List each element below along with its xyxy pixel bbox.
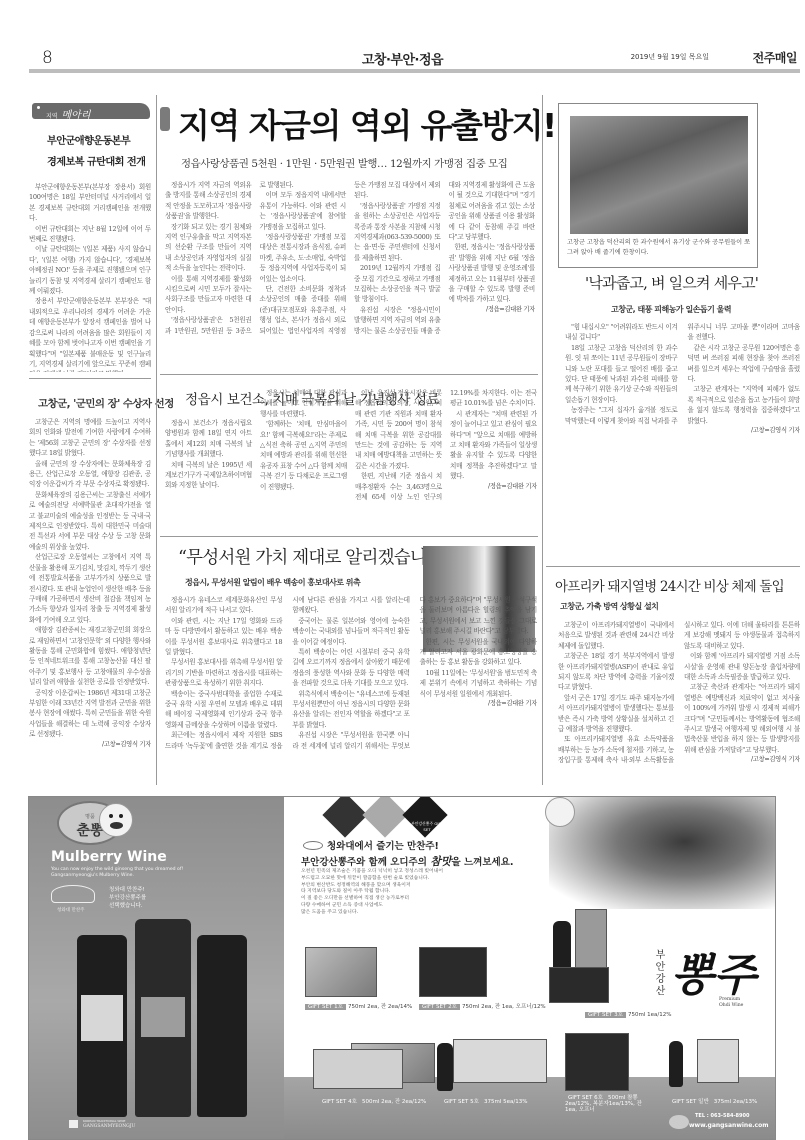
paragraph: '정읍사랑상품권' 가맹점 모집 대상은 전통시장과 음식점, 슈퍼마켓, 주유…: [260, 232, 347, 284]
meari-headline: 부안군애향운동본부 경제보복 규탄대회 전개: [47, 131, 145, 173]
byline: /고창=김영식 기자: [684, 755, 800, 765]
lead-body: 정읍시가 지역 자금의 역외유출 방지를 통해 소상공인의 경제적 안정을 도모…: [165, 180, 535, 368]
paragraph: 이번 규탄대회는 지난 8월 12일에 이어 두 번째로 진행됐다.: [29, 224, 151, 245]
paragraph: 고창군 축산과 관계자는 "아프리카 돼지열병은 예방백신과 치료약이 없고 치…: [684, 682, 800, 755]
paragraph: 애향장 김관종씨는 재경고창군민회 회장으로 재임하면서 '고창인문학' 외 다…: [29, 625, 151, 687]
mascot-icon: [545, 797, 575, 827]
award-headline: 고창군, '군민의 장' 수상자 선정: [38, 395, 174, 410]
gift-set-tag: GIFT SET 1호: [305, 1004, 346, 1010]
paragraph: 이와 관련, 시는 지난 17일 영화와 드라마 등 다방면에서 활동하고 있는…: [165, 616, 282, 658]
paragraph: '정읍사랑상품권' 가맹점 지정을 원하는 소상공인은 사업자등록증과 통장 사…: [354, 201, 441, 263]
paragraph: 문화체육장의 김용근씨는 고창출신 서예가로 예술의전당 서예박물관 초대작가전…: [29, 490, 151, 552]
company-name: GANGSANMYEONGJU: [83, 1124, 135, 1129]
ad-headline-prefix: 부안강산뽕주와 함께 오디주의: [301, 857, 430, 868]
divider: [546, 566, 800, 567]
paragraph: 장기화 되고 있는 경기 침체와 지역 인구유출을 막고 지역자본의 선순환 구…: [165, 222, 252, 274]
paragraph: 이며 모두 정읍지역 내에서만 유통이 가능하다. 이와 관련 시는 '정읍사랑…: [260, 190, 347, 232]
gift-set-label: GIFT SET 5호375ml 5ea/13%: [441, 1097, 527, 1105]
meari-tag-small: 지역: [46, 113, 58, 120]
gift-set-spec: 375ml 2ea/13%: [714, 1099, 757, 1105]
ambassador-headline: “무성서원 가치 제대로 알리겠습니다”: [178, 544, 450, 569]
bluehouse-copy-line: 청와대 만찬주!: [109, 886, 146, 894]
diamond-label: 부안강산뽕주 GIFT SET: [407, 821, 447, 832]
paragraph: 부안군애향운동본부(본부장 장용서) 회원 100여명은 18일 부안터미널 사…: [29, 182, 151, 224]
paragraph: 이날 규탄대회는 '(일본 제품) 사지 않습니다', '(일본 여행) 가지 …: [29, 244, 151, 296]
brand-vertical: 부안강산: [651, 949, 666, 997]
gift-set-label: GIFT SET 4호500ml 2ea, 잔 2ea/12%: [319, 1097, 426, 1105]
asf-subhead: 고창군, 가축 방역 상황실 설치: [560, 601, 658, 612]
newspaper-name: 전주매일: [753, 49, 797, 66]
paragraph: 고창군은 지역의 명예를 드높이고 지역사회의 인화와 발전에 기여한 사람에게…: [29, 417, 151, 459]
byline: /정읍=김대완 기자: [450, 482, 537, 492]
gift-set-tag: GIFT SET 5호: [441, 1099, 482, 1105]
paragraph: 시 관계자는 "치매 관련된 가정이 늘어나고 있고 관심이 필요하다"며 "앞…: [450, 409, 537, 482]
ambassador-body: 정읍시가 유네스코 세계문화유산인 무성서원 알리기에 적극 나서고 있다. 이…: [165, 595, 537, 780]
paragraph: 정읍시가 유네스코 세계문화유산인 무성서원 알리기에 적극 나서고 있다.: [165, 595, 282, 616]
orchard-photo: [570, 116, 748, 234]
ad-headline-line1: 청와대에서 즐기는 만찬주!: [327, 838, 439, 852]
brand-en-line: Ohdi Wine: [719, 1003, 743, 1009]
paragraph: 이날, 유진섭 정읍시장은 비롯해 정읍시의회 의장, 시의원, 치매 관련 기…: [355, 388, 442, 471]
paragraph: 위촉식에서 백송이는 "유네스코에 등재된 무성서원뿐만이 아닌 정읍시의 다양…: [292, 689, 409, 731]
bluehouse-copy-line: 부안강산뽕주를: [109, 894, 146, 902]
photo-story-body: "힘 내십시오" "어려워라도 반드시 이겨내실 겁니다" 18일 고창군 고창…: [565, 322, 800, 562]
gift-set-label: GIFT SET 일반375ml 2ea/13%: [669, 1097, 757, 1105]
paragraph: 정읍시는 치매에 대한 관심과 이해를 높이고 인식개선을 위해 행사를 마련했…: [260, 388, 347, 419]
divider: [160, 374, 538, 375]
bluehouse-label: 청와대 만찬주: [57, 907, 85, 913]
gift-set-image: [565, 1033, 629, 1091]
fruit-diamond-image: [362, 796, 407, 838]
paragraph: 18일 고창군 고창읍 덕산리의 한 과수원. 잇 뒤 쪼이는 11년 공무원들…: [565, 343, 678, 405]
paragraph: 고창군이 아프리카돼지열병이 국내에서 처음으로 발생된 것과 관련해 24시간…: [558, 620, 674, 651]
paragraph: '함께하는 '치매, 안심마을이요!' 함께 극복해요!'라는 주제로 △식전 …: [260, 419, 347, 492]
photo-story-headline: '낙과줍고, 벼 일으켜 세우고': [585, 272, 758, 293]
lead-subhead: 정읍사랑상품권 5천원 · 1만원 · 5만원권 발행… 12월까지 가맹점 집…: [181, 155, 507, 170]
column-divider: [156, 95, 157, 785]
wine-bottle: [437, 1043, 453, 1091]
gift-set-tag: GIFT SET 3호: [585, 1012, 626, 1018]
award-body: 고창군은 지역의 명예를 드높이고 지역사회의 인화와 발전에 기여한 사람에게…: [29, 417, 151, 782]
ad-phone: TEL : 063-584-8900: [695, 1113, 749, 1119]
paragraph: 공익장 이운갑씨는 1986년 제31대 고창군 부임한 이래 33년간 지역 …: [29, 688, 151, 740]
paragraph: 특히 백송이는 어린 시절부터 중국 유학길에 오르기까지 정읍에서 살아왔기 …: [292, 647, 409, 689]
paragraph: "힘 내십시오" "어려워라도 반드시 이겨내실 겁니다": [565, 322, 678, 343]
mulberry-fruit-image: [549, 797, 775, 909]
company-emblem-icon: [669, 1115, 689, 1129]
paragraph: 10월 11일에는 '무성서원'을 범도민적 축제 분위기 속에서 기념하고 축…: [420, 668, 537, 699]
headline-marker-icon: [160, 107, 170, 131]
paragraph: 백송이는 중국사범대학을 졸업한 수재로 중국 유학 시절 우연히 모델과 배우…: [165, 689, 282, 731]
paragraph: 치매 극복의 날은 1995년 세계보건기구가 국제알츠하이머협회와 지정한 날…: [165, 460, 252, 491]
paragraph: 산업근로장 오동열씨는 고창에서 지역 특산물을 활용해 포기김치, 맛김치, …: [29, 552, 151, 625]
gift-set-image: [305, 947, 377, 997]
issue-date: 2019년 9월 19일 목요일: [631, 52, 709, 62]
gift-set-image: [697, 1039, 739, 1083]
gift-set-label: GIFT SET 1호750ml 2ea, 잔 2ea/14%: [305, 1002, 412, 1010]
paragraph: 중국어는 물론 일본어와 영어에 능숙한 백송이는 국내외를 넘나들며 적극적인…: [292, 616, 409, 647]
ad-body-line: 많은 도움을 주고 있습니다.: [301, 910, 551, 917]
gift-set-image: [549, 967, 609, 1003]
bluehouse-copy: 청와대 만찬주! 부안강산뽕주를 선택했습니다.: [109, 886, 146, 910]
asf-body: 고창군이 아프리카돼지열병이 국내에서 처음으로 발생된 것과 관련해 24시간…: [558, 620, 800, 785]
gift-set-image: [453, 1039, 547, 1083]
paragraph: 이와 함께 '아프리카 돼지열병 거점 소독시설'을 운영해 관내 양돈농장 출…: [684, 651, 800, 682]
byline: /고창=김영식 기자: [688, 426, 801, 436]
brand-en: Premium Ohdi Wine: [719, 997, 743, 1009]
bullet-icon: [37, 106, 40, 109]
gift-set-tag: GIFT SET 4호: [319, 1099, 360, 1105]
column-divider: [542, 95, 543, 785]
paragraph: 같은 시각 고창군 공무원 120여명은 흥덕면 벼 쓰러짐 피해 현장을 찾아…: [688, 343, 801, 385]
mulberry-wine-advertisement[interactable]: 명품 춘뽕 Mulberry Wine You can now enjoy th…: [28, 796, 776, 1140]
meari-column-tag: 지역 메아리: [32, 103, 150, 119]
gift-set-label: GIFT SET 2호750ml 2ea, 잔 1ea, 오프너/12%: [419, 1002, 546, 1010]
meari-body: 부안군애향운동본부(본부장 장용서) 회원 100여명은 18일 부안터미널 사…: [29, 182, 151, 372]
paragraph: 고창군은 18일 경기 북부지역에서 발생한 아프리카돼지열병(ASF)이 관내…: [558, 651, 674, 693]
paragraph: 앞서 군은 17일 경기도 파주 돼지농가에서 아프리카돼지열병이 발생했다는 …: [558, 693, 674, 735]
paragraph: 정읍시가 지역 자금의 역외유출 방지를 통해 소상공인의 경제적 안정을 도모…: [165, 180, 252, 222]
bluehouse-emblem-icon: [51, 885, 95, 903]
ad-website[interactable]: www.gangsanwine.com: [689, 1122, 768, 1129]
gift-set-label: GIFT SET 3호750ml 1ea/12%: [585, 1010, 671, 1018]
paragraph: 무성서원 홍보대사를 위촉해 무성서원 알리기의 기반을 마련하고 정읍시를 대…: [165, 657, 282, 688]
gift-set-image: [419, 947, 487, 997]
meari-headline-line2: 경제보복 규탄대회 전개: [47, 152, 145, 173]
paragraph: 한편, 시는 무성서원을 국내외에 다양하게 알리고자 서울 광화문에 홍보영상…: [420, 637, 537, 668]
paragraph: 이를 통해 지역경제를 활성화 시킴으로써 시민 모두가 잘사는 사회구조를 만…: [165, 274, 252, 316]
gift-set-image: [313, 1049, 403, 1089]
wine-bottle: [669, 1041, 683, 1087]
paragraph: 정읍시 보건소가 정읍시립요양병원과 함께 18일 연지 아트홀에서 제12회 …: [165, 418, 252, 460]
meari-headline-line1: 부안군애향운동본부: [47, 131, 145, 152]
mascot-icon: [99, 803, 133, 837]
bottle-label: [81, 995, 123, 1041]
gift-set-tag: GIFT SET 일반: [669, 1099, 712, 1105]
ad-title-en: Mulberry Wine: [51, 849, 167, 865]
ad-body-line: 다량 수매하여 군민 소득 증대 사업에도: [301, 903, 551, 910]
bluehouse-copy-line: 선택했습니다.: [109, 902, 146, 910]
ad-headline-line2: 부안강산뽕주와 함께 오디주의 참맛을 느껴보세요.: [301, 853, 513, 869]
photo-caption: 고창군 고창읍 덕산리의 한 과수원에서 유기상 군수와 공무원들이 쪼그려 앉…: [567, 238, 752, 258]
wine-bottle: [197, 935, 247, 1117]
gift-set-spec: 375ml 5ea/13%: [484, 1099, 527, 1105]
divider: [160, 536, 538, 537]
ambassador-subhead: 정읍시, 무성서원 알림이 배우 백송이 홍보대사로 위촉: [185, 577, 360, 588]
company-logo-icon: [69, 1120, 78, 1128]
paragraph: 장용서 부안군애향운동본부 본부장은 "대내외적으로 우리나라의 경제가 어려운…: [29, 296, 151, 372]
divider: [29, 378, 151, 379]
photo-story-subhead: 고창군, 태풍 피해농가 일손돕기 울력: [611, 304, 731, 315]
gift-set-tag: GIFT SET 2호: [419, 1004, 460, 1010]
paragraph: 2019년 12월까지 가맹점 집중 모집 기간으로 정하고 가맹점 모집하는 …: [354, 263, 441, 305]
ad-body-line: 오천년 민족의 제조술은 기품을 오디 넉넉히 넣고 정성스레 빚어내어: [301, 869, 551, 876]
meari-tag-big: 메아리: [62, 110, 91, 121]
header-rule: [29, 69, 800, 73]
ad-headline-emph: 참맛: [430, 855, 451, 868]
byline: /고창=김영식 기자: [29, 740, 151, 750]
ad-headline-suffix: 을 느껴보세요.: [452, 857, 514, 868]
ad-tagline-en: You can now enjoy the wild ginseng that …: [51, 867, 231, 879]
gift-set-spec: 750ml 2ea, 잔 2ea/14%: [348, 1004, 412, 1010]
paragraph: 고창군 관계자는 "지역에 피해가 없도록 적극적으로 일손을 돕고 농가들이 …: [688, 384, 801, 426]
brand-calligraphy: 뽕주: [671, 939, 756, 1003]
gift-set-spec: 500ml 2ea, 잔 2ea/12%: [362, 1099, 426, 1105]
paragraph: 한편, 정읍시는 '정읍사랑상품권' 발행을 위해 지난 6월 '정읍사랑상품권…: [449, 242, 536, 304]
ad-body-line: 이 질 좋은 오디만을 선별하여 직접 생산 농가로부터: [301, 896, 551, 903]
mulberry-diamond-image: [322, 796, 367, 838]
ad-body: 오천년 민족의 제조술은 기품을 오디 넉넉히 넣고 정성스레 빚어내어 부드럽…: [301, 869, 551, 917]
bluehouse-emblem-icon: [303, 841, 323, 850]
company-small: KOREAN TRADITIONAL WINE: [83, 1119, 125, 1123]
lead-headline: 지역 자금의 역외 유출방지!: [178, 100, 556, 147]
paragraph: 올해 군민의 장 수상자에는 문화체육장 김용근, 산업근로장 오동열, 애향장…: [29, 459, 151, 490]
bottle-label: [141, 997, 185, 1037]
gift-set-label: GIFT SET 6호500ml 참뽕2ea/12%, 복분자1ea/13%, …: [565, 1095, 645, 1113]
gift-set-spec: 750ml 1ea/12%: [628, 1012, 671, 1018]
gift-set-spec: 750ml 2ea, 잔 1ea, 오프너/12%: [462, 1004, 546, 1010]
byline: /정읍=김대완 기자: [449, 305, 536, 315]
gift-bag: [575, 909, 607, 969]
asf-headline: 아프리카 돼지열병 24시간 비상 체제 돌입: [555, 575, 784, 595]
dementia-body: 정읍시 보건소가 정읍시립요양병원과 함께 18일 연지 아트홀에서 제12회 …: [165, 388, 537, 528]
ad-body-line: 부드럽고 오묘한 맛에 뒤끝이 깔끔함을 한번 술로 빚었습니다.: [301, 876, 551, 883]
byline: /정읍=김대완 기자: [420, 699, 537, 709]
